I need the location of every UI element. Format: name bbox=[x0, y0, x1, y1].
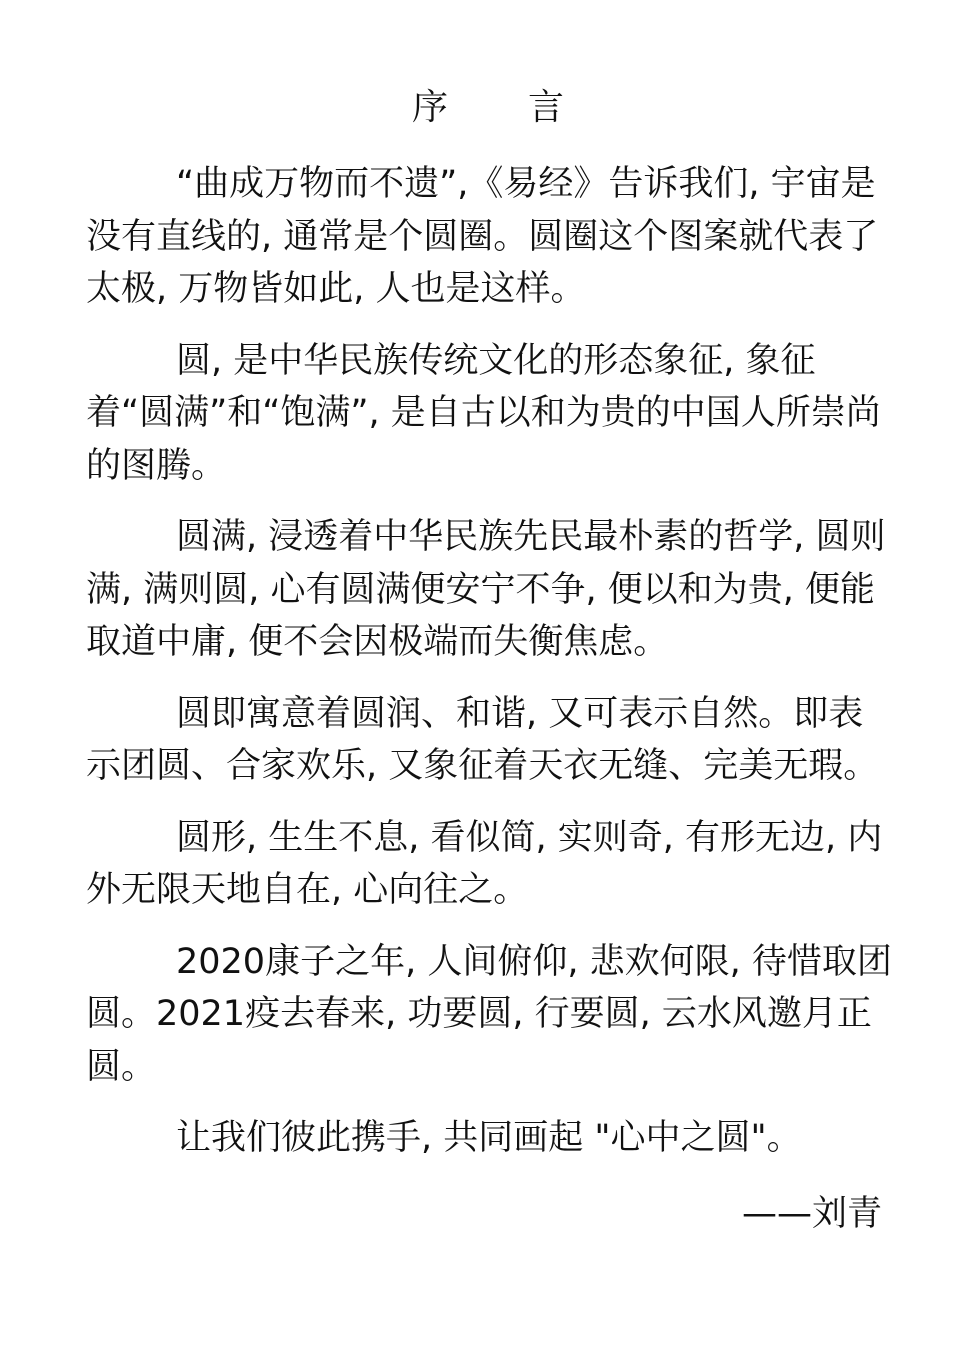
title-char-2: 言 bbox=[528, 86, 564, 130]
paragraph-7: 让我们彼此携手, 共同画起 "心中之圆"。 bbox=[86, 1112, 896, 1165]
paragraph-4: 圆即寓意着圆润、和谐, 又可表示自然。即表示团圆、合家欢乐, 又象征着天衣无缝、… bbox=[86, 688, 896, 793]
paragraph-5: 圆形, 生生不息, 看似简, 实则奇, 有形无边, 内外无限天地自在, 心向往之… bbox=[86, 812, 896, 917]
paragraph-6: 2020康子之年, 人间俯仰, 悲欢何限, 待惜取团圆。2021疫去春来, 功要… bbox=[86, 936, 896, 1094]
paragraph-3: 圆满, 浸透着中华民族先民最朴素的哲学, 圆则满, 满则圆, 心有圆满便安宁不争… bbox=[86, 511, 896, 669]
paragraph-2: 圆, 是中华民族传统文化的形态象征, 象征着“圆满”和“饱满”, 是自古以和为贵… bbox=[86, 335, 896, 493]
page-title: 序言 bbox=[0, 86, 976, 130]
document-body: “曲成万物而不遗”,《易经》告诉我们, 宇宙是没有直线的, 通常是个圆圈。圆圈这… bbox=[86, 158, 896, 1184]
author-signature: ——刘青 bbox=[742, 1192, 882, 1236]
title-char-1: 序 bbox=[412, 86, 448, 130]
paragraph-1: “曲成万物而不遗”,《易经》告诉我们, 宇宙是没有直线的, 通常是个圆圈。圆圈这… bbox=[86, 158, 896, 316]
